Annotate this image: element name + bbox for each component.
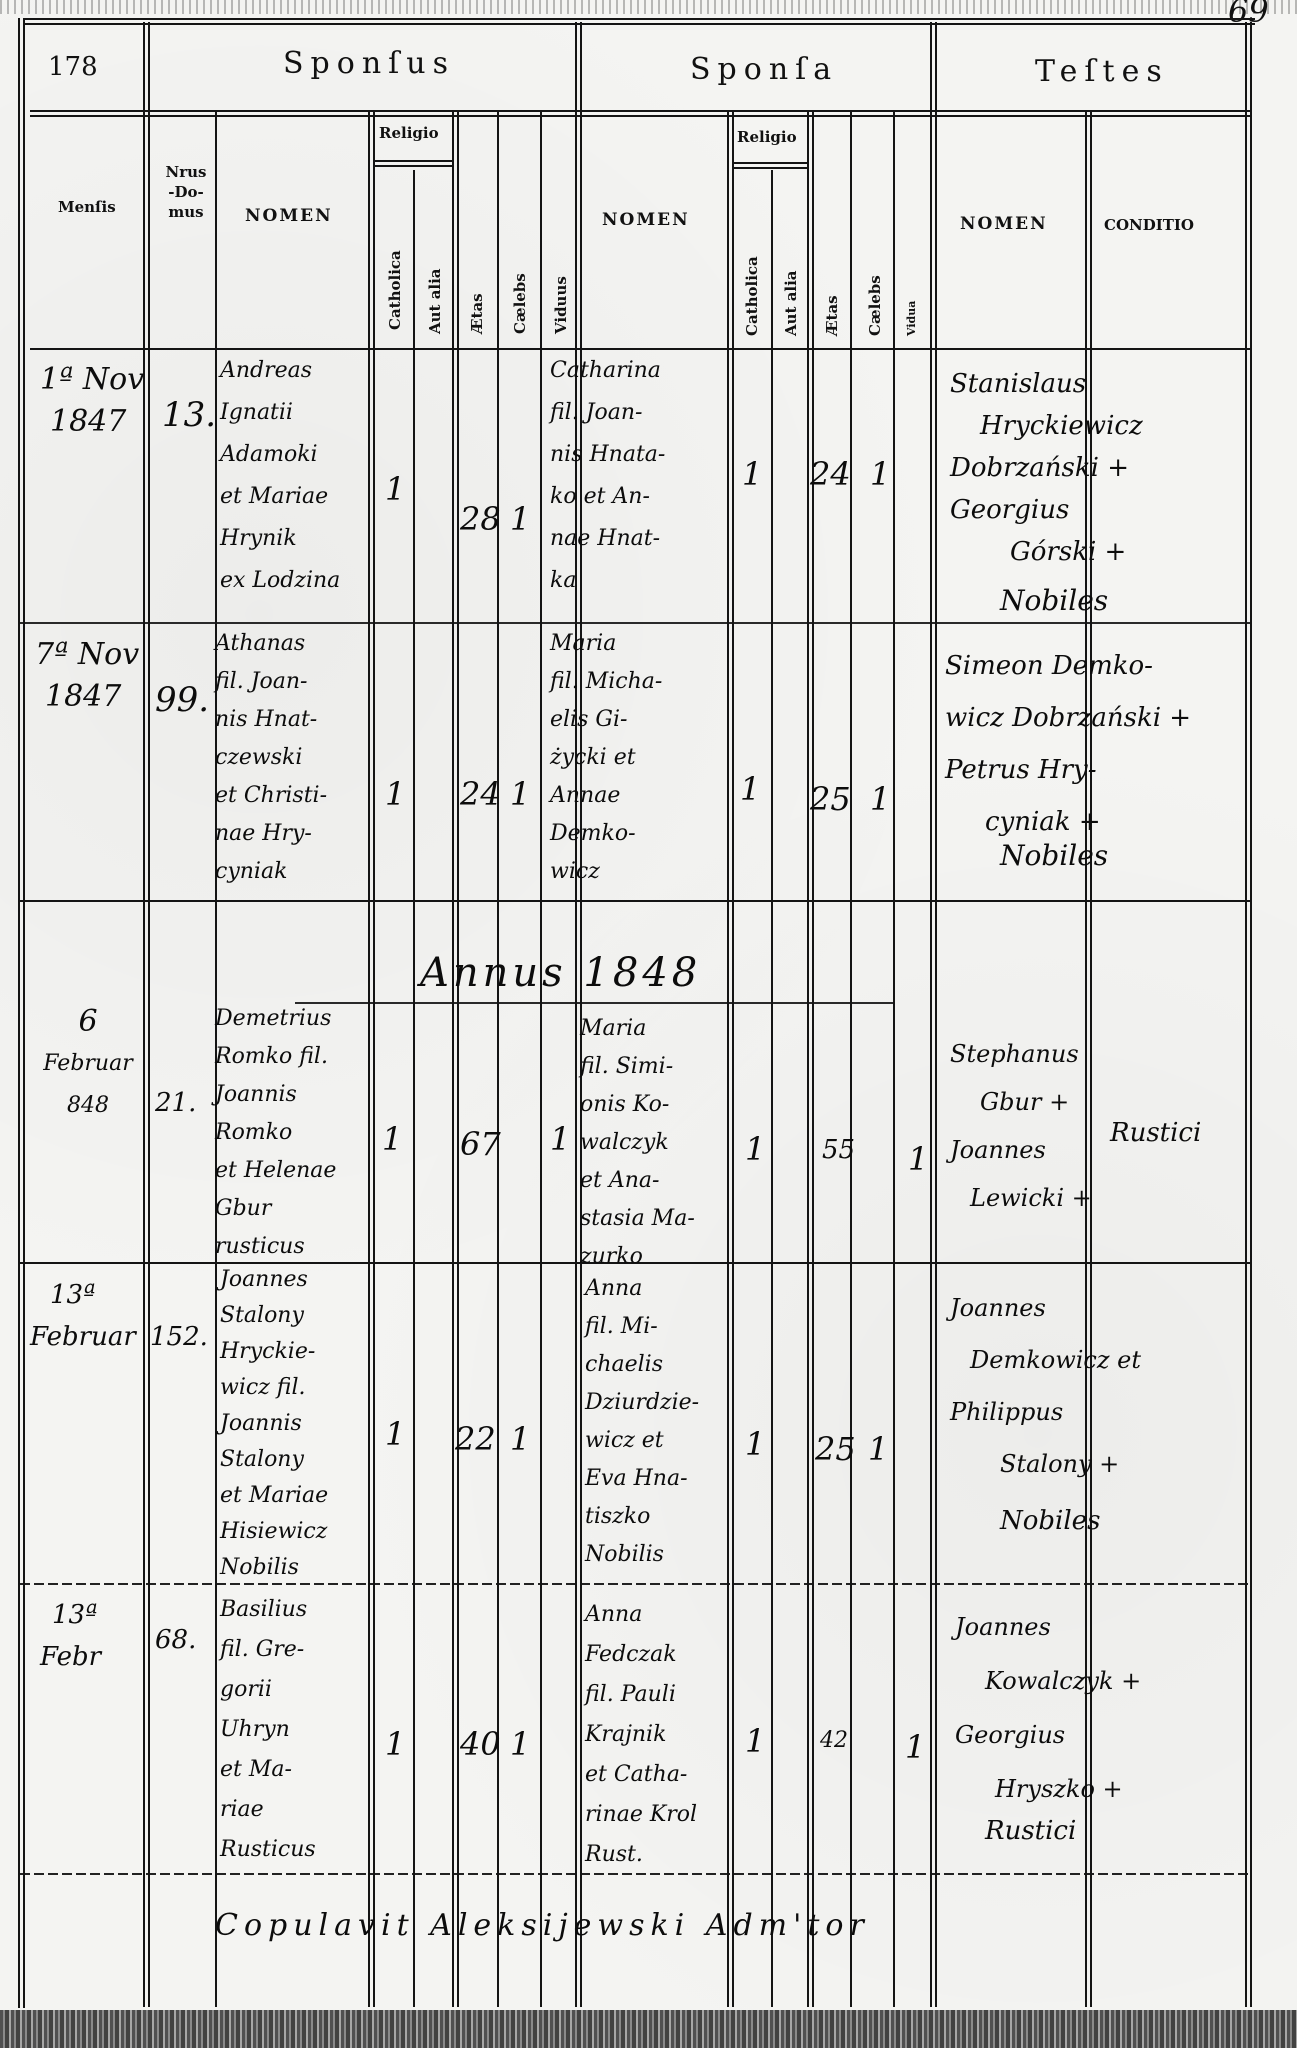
bride-line: wicz [550,853,662,891]
bride-catholica-mark: 1 [742,455,762,493]
nrus-line-1: Nrus [160,162,212,182]
witness-line: Górski + [950,528,1143,570]
col-bride-aut-right [807,112,809,2007]
groom-line: Romko fil. [215,1038,336,1076]
bride-name: Catharina fil. Joan- nis Hnata- ko et An… [550,350,665,602]
rule-entry-2-3 [20,900,1250,902]
groom-line: Basilius [220,1590,316,1630]
section-title-sponsus: Sponſus [283,46,455,81]
groom-age: 67 [460,1125,501,1163]
bride-line: Dziurdzie- [585,1384,699,1422]
witnesses: Stanislaus Hryckiewicz Dobrzański + Geor… [950,360,1143,570]
bride-caelebs-mark: 1 [870,780,890,818]
date-line: Februar [30,1312,136,1354]
groom-line: Romko [215,1114,336,1152]
groom-line: Hrynik [220,518,340,560]
col-left-border [18,18,20,2008]
bride-line: Maria [550,625,662,663]
printed-page-number: 178 [48,52,98,82]
groom-line: Nobilis [220,1550,328,1586]
entry-date: 13ª Februar [30,1270,136,1354]
witness-condition: Rustici [1110,1112,1201,1154]
groom-caelebs-mark: 1 [510,1420,530,1458]
groom-line: nae Hry- [215,815,327,853]
bride-line: Catharina [550,350,665,392]
col-bride-caelebs-right [893,112,895,2007]
witness-line: Georgius [950,486,1143,528]
religio-rule-bride [733,162,807,164]
groom-age: 28 [460,500,501,538]
groom-catholica-mark: 1 [385,775,405,813]
witness-line: Stephanus [950,1030,1092,1078]
date-line: 13ª [30,1270,136,1312]
bride-vidua-mark: 1 [908,1140,928,1178]
col-groom-nomen-right [368,112,370,2007]
col-groom-cath-right [413,170,415,2007]
witnesses: Joannes Demkowicz et Philippus Stalony + [950,1282,1141,1490]
bride-line: rinae Krol [585,1795,697,1835]
bride-line: tiszko [585,1498,699,1536]
col-header-nrus-domus: Nrus -Do- mus [160,162,212,222]
bride-catholica-mark: 1 [745,1425,765,1463]
col-groom-aut-right [452,112,454,2007]
col-header-bride-religio: Religio [737,128,797,146]
col-bride-vidua-right [930,22,932,2007]
col-header-groom-catholica: Catholica [386,250,404,330]
bride-age: 55 [822,1135,855,1165]
bride-line: Eva Hna- [585,1460,699,1498]
witness-line: Kowalczyk + [955,1654,1141,1708]
groom-line: Uhryn [220,1710,316,1750]
col-groom-aetas-right [497,112,499,2007]
witnesses: Joannes Kowalczyk + Georgius Hryszko + [955,1600,1141,1816]
col-right-border [1245,22,1247,2007]
col-header-groom-nomen: NOMEN [245,206,333,226]
groom-line: et Christi- [215,777,327,815]
bride-catholica-mark: 1 [745,1722,765,1760]
groom-line: wicz fil. [220,1370,328,1406]
witness-condition: Nobiles [1000,835,1108,877]
col-header-groom-viduus: Viduus [552,276,570,334]
groom-line: Hryckie- [220,1334,328,1370]
scan-edge-top [0,0,1297,14]
bride-line: fil. Mi- [585,1308,699,1346]
groom-line: riae [220,1790,316,1830]
witness-line: Simeon Demko- [945,640,1191,692]
groom-name: Basilius fil. Gre- gorii Uhryn et Ma- ri… [220,1590,316,1870]
date-line: 848 [38,1084,138,1126]
witness-line: wicz Dobrzański + [945,692,1191,744]
witness-line: Petrus Hry- [945,744,1191,796]
date-line: 1847 [35,672,139,714]
bride-name: Maria fil. Micha- elis Gi- życki et Anna… [550,625,662,891]
witness-line: Lewicki + [950,1174,1092,1222]
bride-line: nis Hnata- [550,434,665,476]
col-bride-cath-right [771,170,773,2007]
groom-line: rusticus [215,1228,336,1266]
witnesses: Stephanus Gbur + Joannes Lewicki + [950,1030,1092,1222]
bride-line: onis Ko- [580,1086,695,1124]
col-header-bride-aut-alia: Aut alia [782,270,800,336]
groom-age: 24 [460,775,501,813]
groom-line: et Helenae [215,1152,336,1190]
bride-line: walczyk [580,1124,695,1162]
nrus-line-3: mus [160,202,212,222]
groom-line: Joannes [220,1262,328,1298]
groom-line: nis Hnat- [215,701,327,739]
bride-line: Anna [585,1595,697,1635]
bride-line: fil. Joan- [550,392,665,434]
col-bride-aetas-right [850,112,852,2007]
col-header-groom-religio: Religio [379,124,439,142]
bride-line: ka [550,560,665,602]
groom-line: et Ma- [220,1750,316,1790]
col-header-groom-caelebs: Cælebs [511,273,529,334]
section-title-testes: Teſtes [1035,54,1169,89]
section-title-sponsa: Sponſa [690,52,838,87]
officiant-signature: Copulavit Aleksijewski Adm'tor [215,1905,870,1947]
groom-line: cyniak [215,853,327,891]
groom-line: Stalony [220,1442,328,1478]
groom-name: Demetrius Romko fil. Joannis Romko et He… [215,1000,336,1266]
rule-entry-4-5 [20,1583,1250,1585]
witness-line: Joannes [955,1600,1141,1654]
groom-line: et Mariae [220,1478,328,1514]
col-groom-viduus-right [575,22,577,2007]
groom-catholica-mark: 1 [385,1725,405,1763]
col-header-groom-aut-alia: Aut alia [426,268,444,334]
bride-line: stasia Ma- [580,1200,695,1238]
col-header-mensis: Menſis [58,198,116,216]
bride-line: et Catha- [585,1755,697,1795]
rule-top [25,18,1255,20]
groom-line: Ignatii [220,392,340,434]
date-line: 6 [38,1000,138,1042]
bride-line: fil. Micha- [550,663,662,701]
groom-caelebs-mark: 1 [510,775,530,813]
groom-viduus-mark: 1 [550,1120,570,1158]
bride-caelebs-mark: 1 [868,1430,888,1468]
house-number: 99. [155,680,209,720]
bride-age: 24 [810,455,851,493]
entry-date: 6 Februar 848 [38,1000,138,1126]
col-groom-caelebs-right [540,112,542,2007]
col-header-testes-nomen: NOMEN [960,214,1048,234]
date-line: Februar [38,1042,138,1084]
col-header-bride-nomen: NOMEN [602,210,690,230]
col-bride-nomen-right [727,112,729,2007]
groom-line: et Mariae [220,476,340,518]
bride-name: Anna fil. Mi- chaelis Dziurdzie- wicz et… [585,1270,699,1582]
witnesses: Simeon Demko- wicz Dobrzański + Petrus H… [945,640,1191,848]
groom-name: Athanas fil. Joan- nis Hnat- czewski et … [215,625,327,891]
witness-condition: Nobiles [1000,1500,1100,1542]
bride-line: Fedczak [585,1635,697,1675]
witness-line: Gbur + [950,1078,1092,1126]
year-underline [295,1002,895,1004]
date-line: 1847 [40,397,144,439]
entry-date: 13ª Febr [40,1590,101,1674]
house-number: 152. [150,1322,208,1352]
bride-name: Maria fil. Simi- onis Ko- walczyk et Ana… [580,1010,695,1276]
bride-line: wicz et [585,1422,699,1460]
bride-line: Rust. [585,1835,697,1875]
rule-title-band [30,110,1250,112]
date-line: 1ª Nov [40,355,144,397]
register-page: 69 178 Sponſus Sponſa Teſtes Menſis Nrus… [0,0,1297,2048]
groom-catholica-mark: 1 [385,470,405,508]
witness-condition: Rustici [985,1810,1076,1852]
nrus-line-2: -Do- [160,182,212,202]
col-mensis-right [143,22,145,2007]
groom-caelebs-mark: 1 [510,500,530,538]
groom-line: Rusticus [220,1830,316,1870]
groom-line: Athanas [215,625,327,663]
year-heading: Annus 1848 [420,950,701,996]
bride-line: nae Hnat- [550,518,665,560]
witness-line: Hryszko + [955,1762,1141,1816]
witness-line: Stanislaus [950,360,1143,402]
witness-line: Philippus [950,1386,1141,1438]
witness-line: Dobrzański + [950,444,1143,486]
bride-line: Maria [580,1010,695,1048]
groom-catholica-mark: 1 [385,1415,405,1453]
groom-age: 22 [455,1420,496,1458]
religio-rule-groom [375,160,453,162]
bride-name: Anna Fedczak fil. Pauli Krajnik et Catha… [585,1595,697,1875]
witness-line: Demkowicz et [950,1334,1141,1386]
bride-line: Krajnik [585,1715,697,1755]
bride-age: 42 [820,1728,848,1753]
bride-caelebs-mark: 1 [870,455,890,493]
bride-line: fil. Pauli [585,1675,697,1715]
bride-line: fil. Simi- [580,1048,695,1086]
witness-condition: Nobiles [1000,580,1108,622]
bride-line: Annae [550,777,662,815]
col-header-conditio: CONDITIO [1104,216,1194,234]
groom-caelebs-mark: 1 [510,1725,530,1763]
bride-line: chaelis [585,1346,699,1384]
groom-line: Joannis [215,1076,336,1114]
groom-line: Adamoki [220,434,340,476]
witness-line: Joannes [950,1282,1141,1334]
house-number: 68. [155,1625,196,1655]
bride-age: 25 [815,1430,856,1468]
bride-vidua-mark: 1 [905,1728,925,1766]
entry-date: 1ª Nov 1847 [40,355,144,439]
bride-line: życki et [550,739,662,777]
bride-line: Anna [585,1270,699,1308]
bride-line: Nobilis [585,1536,699,1582]
bride-line: elis Gi- [550,701,662,739]
scan-edge-bottom [0,2010,1297,2048]
col-header-bride-vidua: Vidua [905,301,918,336]
col-header-bride-caelebs: Cælebs [866,275,884,336]
date-line: Febr [40,1632,101,1674]
groom-name: Joannes Stalony Hryckie- wicz fil. Joann… [220,1262,328,1586]
rule-entry-1-2 [20,622,1250,624]
bride-line: Demko- [550,815,662,853]
groom-age: 40 [460,1725,501,1763]
groom-line: gorii [220,1670,316,1710]
groom-catholica-mark: 1 [382,1120,402,1158]
groom-line: ex Lodzina [220,560,340,602]
date-line: 7ª Nov [35,630,139,672]
witness-line: Joannes [950,1126,1092,1174]
col-header-groom-aetas: Ætas [468,293,486,334]
groom-line: Demetrius [215,1000,336,1038]
groom-line: Stalony [220,1298,328,1334]
witness-line: Georgius [955,1708,1141,1762]
entry-date: 7ª Nov 1847 [35,630,139,714]
col-header-bride-aetas: Ætas [823,295,841,336]
bride-catholica-mark: 1 [745,1130,765,1168]
groom-name: Andreas Ignatii Adamoki et Mariae Hrynik… [220,350,340,602]
groom-line: fil. Gre- [220,1630,316,1670]
groom-line: Gbur [215,1190,336,1228]
groom-line: Hisiewicz [220,1514,328,1550]
bride-age: 25 [810,780,851,818]
bride-line: ko et An- [550,476,665,518]
bride-catholica-mark: 1 [740,770,760,808]
groom-line: Andreas [220,350,340,392]
bride-line: et Ana- [580,1162,695,1200]
groom-line: fil. Joan- [215,663,327,701]
witness-line: Hryckiewicz [950,402,1143,444]
date-line: 13ª [40,1590,101,1632]
groom-line: czewski [215,739,327,777]
witness-line: Stalony + [950,1438,1141,1490]
handwritten-page-number: 69 [1228,0,1269,30]
house-number: 21. [155,1088,196,1118]
groom-line: Joannis [220,1406,328,1442]
col-header-bride-catholica: Catholica [743,256,761,336]
house-number: 13. [162,395,216,435]
